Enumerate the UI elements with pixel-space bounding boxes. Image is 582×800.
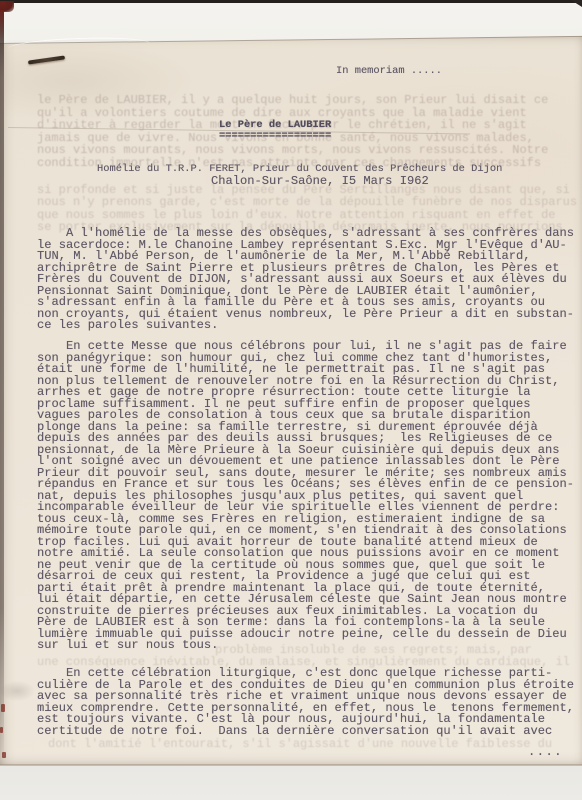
continuation-dots: .... [528, 747, 563, 759]
page-title-underline: ================== [219, 131, 331, 142]
subtitle-line2: Chalon-Sur-Saône, I5 Mars I962 [211, 176, 429, 188]
text-line: ce les paroles suivantes. [37, 320, 574, 332]
red-speck [1, 704, 5, 712]
scan-edge-top [0, 0, 582, 3]
red-corner-mark-tail [0, 10, 4, 44]
paragraph-1: A l'homélie de la messe des obsèques, s'… [37, 228, 574, 332]
scanner-background-top [0, 0, 582, 40]
text-line: le Père de LAUBIER, il y a quelque huit … [37, 94, 548, 107]
red-speck [2, 752, 6, 758]
scan-edge-left [0, 2, 4, 760]
ghost-text-bottom-line: dont l'amitié l'entourait, s'il s'agissa… [48, 738, 552, 751]
scanned-document: le Père de LAUBIER, il y a quelque huit … [0, 0, 582, 800]
red-speck [0, 727, 3, 733]
text-line: nous n'y prenons garde, c'est morte de l… [37, 196, 577, 208]
in-memoriam-label: In memoriam ..... [336, 66, 442, 77]
text-line: certitude de notre foi. Dans la dernière… [37, 726, 574, 738]
text-line: nous vivons mourants, nous vivons morts,… [37, 144, 548, 157]
scanner-background-bottom [0, 765, 582, 800]
paragraph-2: En cette Messe que nous célébrons pour l… [37, 341, 574, 652]
paper-bottom-edge [0, 764, 582, 766]
paragraph-3: En cette célébration liturgique, c'est d… [37, 668, 574, 737]
text-line: sur lui et sur nous tous. [37, 640, 574, 652]
